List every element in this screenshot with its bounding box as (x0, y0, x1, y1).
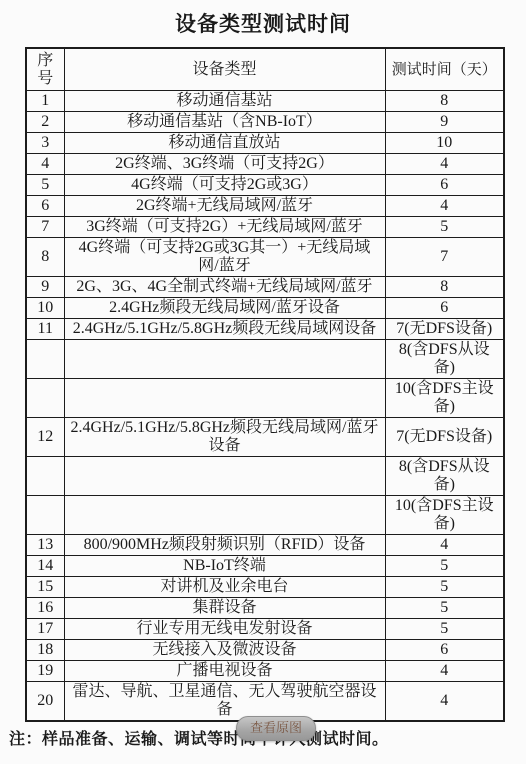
header-test-time-days: 测试时间（天） (385, 48, 504, 91)
serial-number-cell: 19 (26, 661, 64, 682)
serial-number-cell: 1 (26, 91, 64, 112)
equipment-type-cell (64, 340, 385, 379)
test-days-cell: 6 (385, 175, 504, 196)
table-row: 92G、3G、4G全制式终端+无线局域网/蓝牙8 (26, 277, 504, 298)
table-row: 10(含DFS主设备) (26, 496, 504, 535)
table-row: 73G终端（可支持2G）+无线局域网/蓝牙5 (26, 217, 504, 238)
equipment-type-cell: 2.4GHz频段无线局域网/蓝牙设备 (64, 298, 385, 319)
test-days-cell: 7 (385, 238, 504, 277)
equipment-type-cell: 2G终端、3G终端（可支持2G） (64, 154, 385, 175)
equipment-type-cell: 2.4GHz/5.1GHz/5.8GHz频段无线局域网设备 (64, 319, 385, 340)
table-row: 15对讲机及业余电台5 (26, 577, 504, 598)
equipment-type-cell: 移动通信基站 (64, 91, 385, 112)
table-row: 102.4GHz频段无线局域网/蓝牙设备6 (26, 298, 504, 319)
header-equipment-type: 设备类型 (64, 48, 385, 91)
equipment-type-cell (64, 379, 385, 418)
serial-number-cell (26, 496, 64, 535)
table-row: 19广播电视设备4 (26, 661, 504, 682)
table-row: 112.4GHz/5.1GHz/5.8GHz频段无线局域网设备7(无DFS设备) (26, 319, 504, 340)
test-days-cell: 10(含DFS主设备) (385, 379, 504, 418)
equipment-type-cell: 移动通信基站（含NB-IoT） (64, 112, 385, 133)
test-days-cell: 4 (385, 196, 504, 217)
serial-number-cell: 17 (26, 619, 64, 640)
serial-number-cell: 18 (26, 640, 64, 661)
equipment-test-time-table: 序号 设备类型 测试时间（天） 1移动通信基站82移动通信基站（含NB-IoT）… (25, 47, 505, 722)
table-row: 14NB-IoT终端5 (26, 556, 504, 577)
serial-number-cell: 7 (26, 217, 64, 238)
test-days-cell: 5 (385, 556, 504, 577)
equipment-type-cell: 3G终端（可支持2G）+无线局域网/蓝牙 (64, 217, 385, 238)
equipment-type-cell: 4G终端（可支持2G或3G其一）+无线局域网/蓝牙 (64, 238, 385, 277)
table-row: 1移动通信基站8 (26, 91, 504, 112)
test-days-cell: 4 (385, 661, 504, 682)
equipment-type-cell: 行业专用无线电发射设备 (64, 619, 385, 640)
serial-number-cell: 20 (26, 682, 64, 722)
table-row: 3移动通信直放站10 (26, 133, 504, 154)
test-days-cell: 4 (385, 682, 504, 722)
test-days-cell: 6 (385, 298, 504, 319)
table-row: 122.4GHz/5.1GHz/5.8GHz频段无线局域网/蓝牙设备7(无DFS… (26, 418, 504, 457)
test-days-cell: 5 (385, 577, 504, 598)
test-days-cell: 5 (385, 619, 504, 640)
table-body: 1移动通信基站82移动通信基站（含NB-IoT）93移动通信直放站1042G终端… (26, 91, 504, 722)
equipment-type-cell: 4G终端（可支持2G或3G） (64, 175, 385, 196)
serial-number-cell: 12 (26, 418, 64, 457)
table-row: 62G终端+无线局域网/蓝牙4 (26, 196, 504, 217)
equipment-type-cell: 2G终端+无线局域网/蓝牙 (64, 196, 385, 217)
test-days-cell: 8 (385, 277, 504, 298)
equipment-type-cell: 集群设备 (64, 598, 385, 619)
view-original-button[interactable]: 查看原图 (236, 716, 316, 741)
table-row: 8(含DFS从设备) (26, 457, 504, 496)
table-row: 18无线接入及微波设备6 (26, 640, 504, 661)
serial-number-cell: 9 (26, 277, 64, 298)
table-row: 10(含DFS主设备) (26, 379, 504, 418)
serial-number-cell (26, 457, 64, 496)
equipment-type-cell: 移动通信直放站 (64, 133, 385, 154)
serial-number-cell: 4 (26, 154, 64, 175)
page-title: 设备类型测试时间 (0, 8, 526, 38)
test-days-cell: 10(含DFS主设备) (385, 496, 504, 535)
equipment-type-cell: 广播电视设备 (64, 661, 385, 682)
equipment-type-cell (64, 457, 385, 496)
serial-number-cell: 15 (26, 577, 64, 598)
table-row: 42G终端、3G终端（可支持2G）4 (26, 154, 504, 175)
table-row: 16集群设备5 (26, 598, 504, 619)
test-days-cell: 4 (385, 154, 504, 175)
test-days-cell: 6 (385, 640, 504, 661)
equipment-type-cell: 对讲机及业余电台 (64, 577, 385, 598)
document-page: { "page": { "title": "设备类型测试时间", "note":… (0, 0, 526, 764)
test-days-cell: 9 (385, 112, 504, 133)
serial-number-cell: 2 (26, 112, 64, 133)
test-days-cell: 8(含DFS从设备) (385, 457, 504, 496)
serial-number-cell: 13 (26, 535, 64, 556)
table-row: 84G终端（可支持2G或3G其一）+无线局域网/蓝牙7 (26, 238, 504, 277)
serial-number-cell: 11 (26, 319, 64, 340)
equipment-type-cell: 无线接入及微波设备 (64, 640, 385, 661)
equipment-type-cell: 雷达、导航、卫星通信、无人驾驶航空器设备 (64, 682, 385, 722)
test-days-cell: 7(无DFS设备) (385, 418, 504, 457)
equipment-type-cell: 2G、3G、4G全制式终端+无线局域网/蓝牙 (64, 277, 385, 298)
serial-number-cell (26, 340, 64, 379)
test-days-cell: 8 (385, 91, 504, 112)
serial-number-cell: 14 (26, 556, 64, 577)
serial-number-cell: 10 (26, 298, 64, 319)
test-days-cell: 8(含DFS从设备) (385, 340, 504, 379)
equipment-type-cell: 2.4GHz/5.1GHz/5.8GHz频段无线局域网/蓝牙设备 (64, 418, 385, 457)
table-header-row: 序号 设备类型 测试时间（天） (26, 48, 504, 91)
test-days-cell: 10 (385, 133, 504, 154)
equipment-type-cell (64, 496, 385, 535)
table-row: 13800/900MHz频段射频识别（RFID）设备4 (26, 535, 504, 556)
serial-number-cell: 8 (26, 238, 64, 277)
header-serial-number: 序号 (26, 48, 64, 91)
test-days-cell: 4 (385, 535, 504, 556)
serial-number-cell: 6 (26, 196, 64, 217)
serial-number-cell: 5 (26, 175, 64, 196)
table-row: 8(含DFS从设备) (26, 340, 504, 379)
table-row: 17行业专用无线电发射设备5 (26, 619, 504, 640)
equipment-type-cell: 800/900MHz频段射频识别（RFID）设备 (64, 535, 385, 556)
table-row: 2移动通信基站（含NB-IoT）9 (26, 112, 504, 133)
test-days-cell: 7(无DFS设备) (385, 319, 504, 340)
equipment-type-cell: NB-IoT终端 (64, 556, 385, 577)
test-days-cell: 5 (385, 598, 504, 619)
serial-number-cell: 16 (26, 598, 64, 619)
table-row: 54G终端（可支持2G或3G）6 (26, 175, 504, 196)
test-days-cell: 5 (385, 217, 504, 238)
serial-number-cell: 3 (26, 133, 64, 154)
serial-number-cell (26, 379, 64, 418)
